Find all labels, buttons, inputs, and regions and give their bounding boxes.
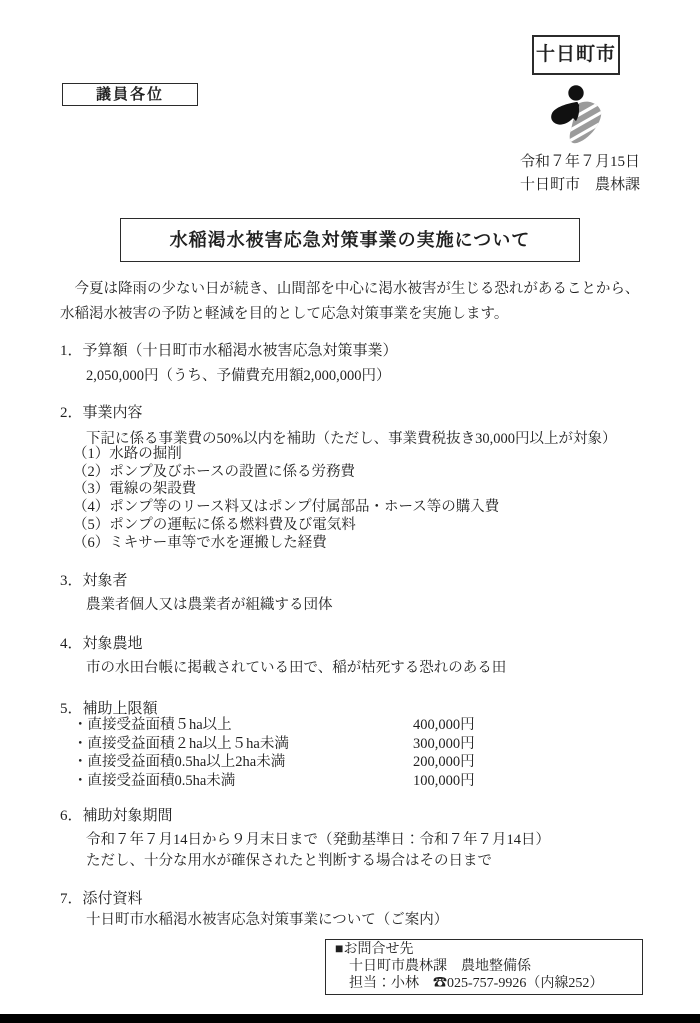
list-item: （5）ポンプの運転に係る燃料費及び電気料 bbox=[73, 517, 499, 535]
list-item: （6）ミキサー車等で水を運搬した経費 bbox=[73, 535, 499, 553]
intro-paragraph: 今夏は降雨の少ない日が続き、山間部を中心に渇水被害が生じる恐れがあることから、 … bbox=[60, 277, 639, 327]
list-item: （3）電線の架設費 bbox=[73, 481, 499, 499]
list-item: （1）水路の掘削 bbox=[73, 446, 499, 464]
table-row: ・直接受益面積５ha以上 400,000円 bbox=[73, 716, 289, 735]
table-row: ・直接受益面積２ha以上５ha未満 300,000円 bbox=[73, 735, 289, 754]
contact-department: 十日町市農林課 農地整備係 bbox=[326, 958, 642, 975]
tokamachi-city-emblem-icon bbox=[543, 84, 609, 148]
scan-edge-bar bbox=[0, 1014, 700, 1023]
list-item: （4）ポンプ等のリース料又はポンプ付属部品・ホース等の購入費 bbox=[73, 499, 499, 517]
section-3-heading: 3．対象者 bbox=[60, 569, 128, 590]
issue-date: 令和７年７月15日 bbox=[520, 151, 640, 174]
recipient-box: 議員各位 bbox=[62, 83, 198, 106]
city-name-box: 十日町市 bbox=[532, 35, 620, 75]
document-page: 十日町市 議員各位 令和７年７月15日 十日町市 農林課 bbox=[0, 0, 700, 1023]
area-label: ・直接受益面積２ha以上５ha未満 bbox=[73, 736, 289, 752]
section-2-heading: 2．事業内容 bbox=[60, 401, 143, 422]
recipient-label: 議員各位 bbox=[96, 86, 164, 103]
contact-title: ■お問合せ先 bbox=[326, 941, 642, 958]
section-1-body: 2,050,000円（うち、予備費充用額2,000,000円） bbox=[86, 364, 391, 385]
list-item: （2）ポンプ及びホースの設置に係る労務費 bbox=[73, 464, 499, 482]
section-7-body: 十日町市水稲渇水被害応急対策事業について（ご案内） bbox=[86, 908, 448, 929]
city-name-label: 十日町市 bbox=[536, 44, 616, 65]
issuing-department: 十日町市 農林課 bbox=[520, 174, 640, 197]
section-5-heading: 5．補助上限額 bbox=[60, 697, 158, 718]
section-6-line-2: ただし、十分な用水が確保されたと判断する場合はその日まで bbox=[86, 849, 492, 870]
intro-line-2: 水稲渇水被害の予防と軽減を目的として応急対策事業を実施します。 bbox=[60, 302, 639, 327]
section-3-body: 農業者個人又は農業者が組織する団体 bbox=[86, 593, 333, 614]
section-4-heading: 4．対象農地 bbox=[60, 632, 143, 653]
amount-value: 200,000円 bbox=[413, 753, 475, 772]
contact-person-line: 担当：小林☎025-757-9926（内線252） bbox=[326, 975, 642, 992]
subsidy-limit-table: ・直接受益面積５ha以上 400,000円 ・直接受益面積２ha以上５ha未満 … bbox=[73, 716, 289, 790]
amount-value: 400,000円 bbox=[413, 716, 475, 735]
contact-phone: 025-757-9926（内線252） bbox=[447, 976, 603, 991]
amount-value: 300,000円 bbox=[413, 735, 475, 754]
contact-box: ■お問合せ先 十日町市農林課 農地整備係 担当：小林☎025-757-9926（… bbox=[325, 939, 643, 995]
amount-value: 100,000円 bbox=[413, 772, 475, 791]
intro-line-1: 今夏は降雨の少ない日が続き、山間部を中心に渇水被害が生じる恐れがあることから、 bbox=[60, 277, 639, 302]
table-row: ・直接受益面積0.5ha未満 100,000円 bbox=[73, 772, 289, 791]
section-7-heading: 7．添付資料 bbox=[60, 887, 143, 908]
section-1-heading: 1．予算額（十日町市水稲渇水被害応急対策事業） bbox=[60, 339, 398, 360]
section-4-body: 市の水田台帳に掲載されている田で、稲が枯死する恐れのある田 bbox=[86, 656, 506, 677]
section-2-intro: 下記に係る事業費の50%以内を補助（ただし、事業費税抜き30,000円以上が対象… bbox=[86, 427, 616, 448]
document-title: 水稲渇水被害応急対策事業の実施について bbox=[170, 230, 531, 250]
section-6-heading: 6．補助対象期間 bbox=[60, 804, 173, 825]
contact-person: 担当：小林 bbox=[349, 976, 419, 991]
area-label: ・直接受益面積0.5ha以上2ha未満 bbox=[73, 754, 285, 770]
section-2-item-list: （1）水路の掘削 （2）ポンプ及びホースの設置に係る労務費 （3）電線の架設費 … bbox=[73, 446, 499, 552]
area-label: ・直接受益面積0.5ha未満 bbox=[73, 773, 235, 789]
table-row: ・直接受益面積0.5ha以上2ha未満 200,000円 bbox=[73, 753, 289, 772]
area-label: ・直接受益面積５ha以上 bbox=[73, 717, 232, 733]
date-block: 令和７年７月15日 十日町市 農林課 bbox=[520, 151, 640, 197]
phone-icon: ☎ bbox=[433, 976, 447, 991]
document-title-box: 水稲渇水被害応急対策事業の実施について bbox=[120, 218, 580, 262]
section-6-line-1: 令和７年７月14日から９月末日まで（発動基準日：令和７年７月14日） bbox=[86, 828, 550, 849]
